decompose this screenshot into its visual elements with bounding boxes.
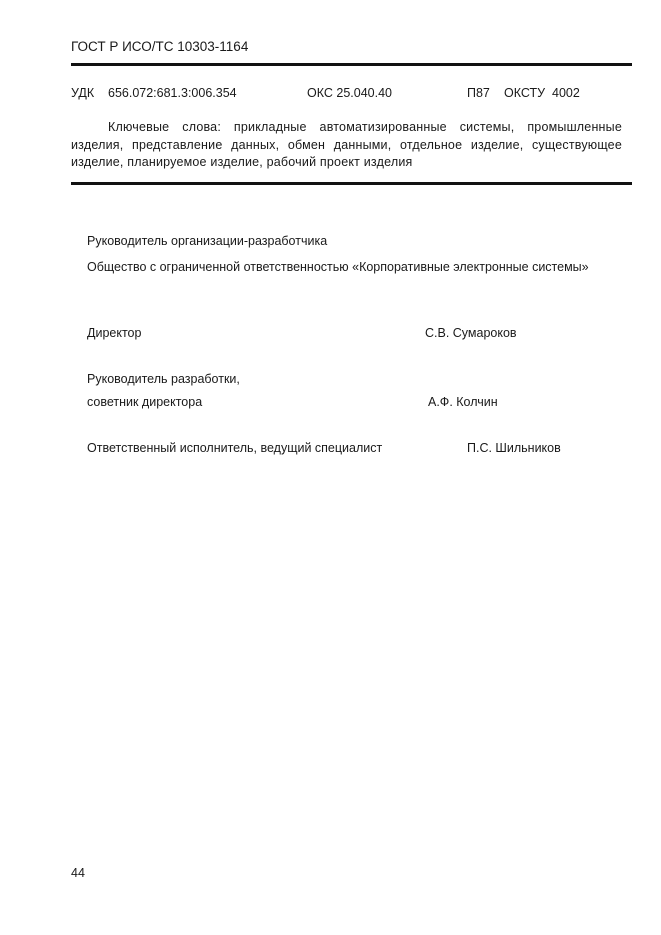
signatory-name: П.С. Шильников: [467, 441, 561, 455]
page-number: 44: [71, 866, 85, 880]
udk-label: УДК: [71, 86, 94, 100]
document-code: ГОСТ Р ИСО/ТС 10303-1164: [71, 39, 248, 54]
signatory-role-line2: советник директора: [87, 395, 202, 409]
top-divider: [71, 63, 632, 66]
oks-code: ОКС 25.040.40: [307, 86, 392, 100]
keywords-text: Ключевые слова: прикладные автоматизиров…: [71, 120, 622, 169]
signatory-role: Ответственный исполнитель, ведущий специ…: [87, 441, 382, 455]
p-code: П87: [467, 86, 490, 100]
udk-value: 656.072:681.3:006.354: [108, 86, 237, 100]
signatory-name: А.Ф. Колчин: [428, 395, 498, 409]
developer-organization: Общество с ограниченной ответственностью…: [87, 256, 607, 278]
keywords-paragraph: Ключевые слова: прикладные автоматизиров…: [71, 119, 622, 172]
signatory-role: Руководитель разработки,: [87, 372, 240, 386]
bottom-divider: [71, 182, 632, 185]
signatory-role: Директор: [87, 326, 141, 340]
developer-heading: Руководитель организации-разработчика: [87, 234, 327, 248]
signatory-name: С.В. Сумароков: [425, 326, 517, 340]
okstu-code: ОКСТУ 4002: [504, 86, 580, 100]
